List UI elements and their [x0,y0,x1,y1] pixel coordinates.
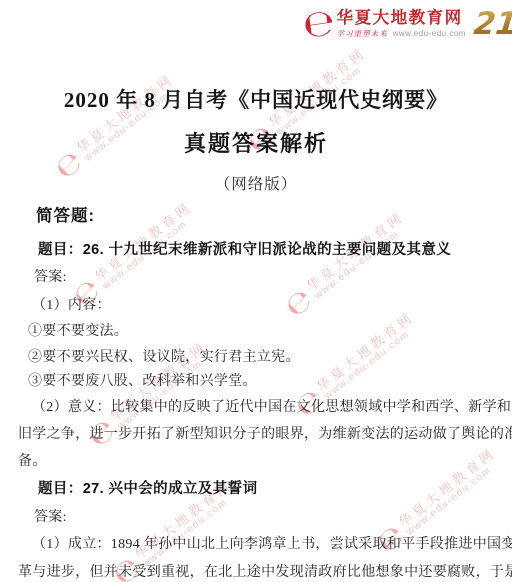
brand-url: www.edu-edu.com [393,29,466,38]
brand-e-icon: ℮ [301,7,336,41]
document-subtitle: （网络版） [0,172,512,194]
site-logo: ℮ 华夏大地教育网 学习重塑未来 www.edu-edu.com 21 [303,4,497,44]
answer-line: 革与进步，但并未受到重视，在北上途中发现清政府比他想象中还要腐败，于是 [18,561,512,581]
watermark-url: www.edu-edu.com [405,456,505,538]
watermark-text: 华夏大地教育网 [314,310,416,394]
document-title-line2: 真题答案解析 [0,127,512,158]
brand-e-icon: ℮ [283,287,317,321]
answer-line: 备。 [18,450,47,470]
document-page: ℮ 华夏大地教育网www.edu-edu.com ℮ 华夏大地教育网www.ed… [0,0,512,582]
answer-line: （1）内容： [32,294,111,314]
answer-label: 答案: [34,266,67,286]
brand-tagline: 学习重塑未来 [337,28,388,39]
answer-line: 旧学之争，进一步开拓了新型知识分子的眼界，为维新变法的运动做了舆论的准 [18,423,512,443]
question-27-title: 题目：27. 兴中会的成立及其誓词 [38,477,257,498]
watermark-url: www.edu-edu.com [313,220,413,302]
watermark-text: 华夏大地教育网 [396,446,498,530]
answer-line: ①要不要变法。 [28,320,128,340]
answer-label: 答案: [34,506,67,526]
watermark-url: www.edu-edu.com [141,488,241,570]
answer-line: （2）意义：比较集中的反映了近代中国在文化思想领域中学和西学、新学和 [32,396,511,416]
brand-name: 华夏大地教育网 [337,9,466,27]
answer-line: （1）成立：1894 年孙中山北上向李鸿章上书，尝试采取和平手段推进中国变 [32,533,512,553]
section-heading: 简答题: [36,202,95,226]
watermark: ℮ 华夏大地教育网www.edu-edu.com [281,210,413,321]
answer-line: ③要不要废八股、改科举和兴学堂。 [28,370,257,390]
document-title-line1: 2020 年 8 月自考《中国近现代史纲要》 [0,84,512,114]
question-26-title: 题目：26. 十九世纪末维新派和守旧派论战的主要问题及其意义 [38,238,451,259]
answer-line: ②要不要兴民权、设议院，实行君主立宪。 [28,346,300,366]
watermark-url: www.edu-edu.com [323,320,423,402]
badge-21: 21 [472,6,512,42]
